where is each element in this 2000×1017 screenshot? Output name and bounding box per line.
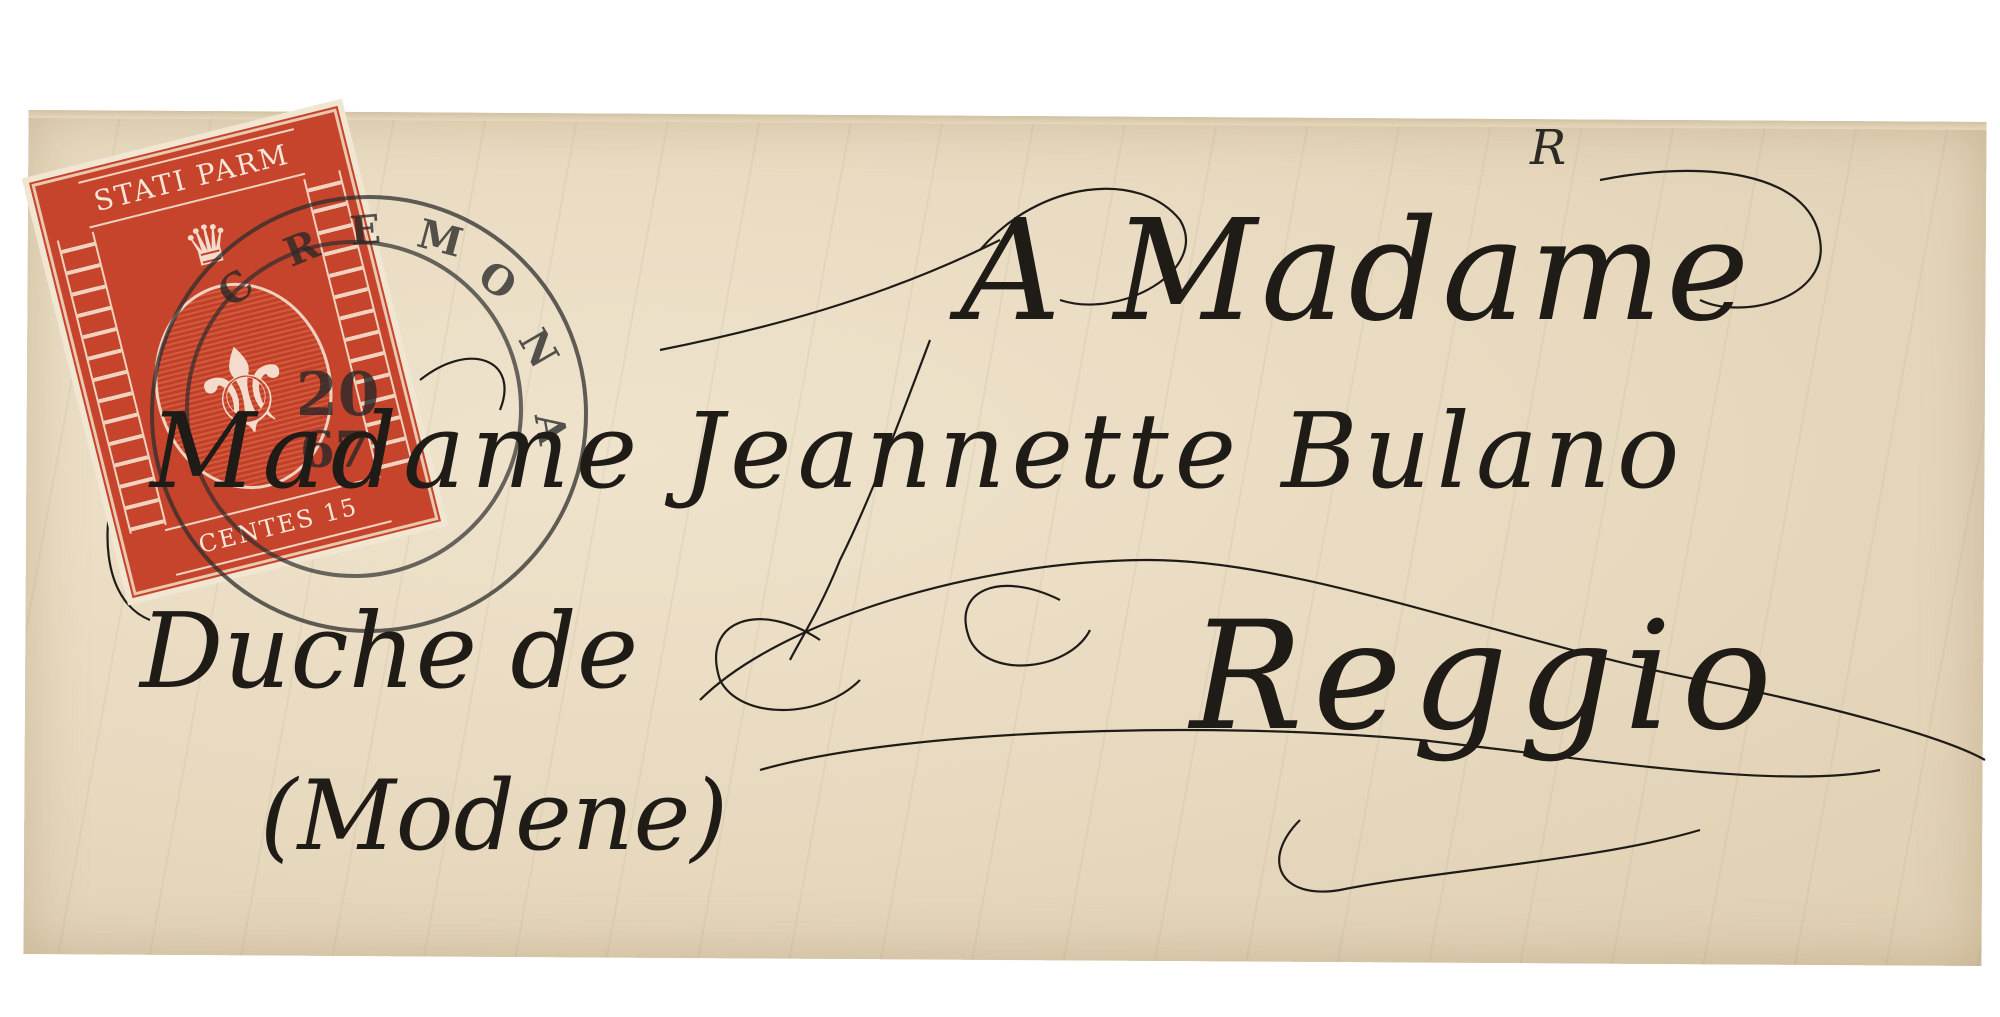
address-duchy: Duche de [140, 590, 638, 712]
address-salutation: A Madame [960, 190, 1753, 353]
address-recipient-name: Madame Jeannette Bulano [150, 390, 1686, 512]
postmark-letter: E [348, 206, 382, 255]
postmark-letter: O [470, 251, 526, 309]
postmark-letter: R [277, 220, 325, 276]
registration-mark: R [1530, 120, 1566, 176]
address-region: (Modene) [260, 760, 728, 872]
postmark-letter: N [509, 321, 568, 376]
postmark-letter: M [413, 210, 468, 267]
address-city: Reggio [1190, 590, 1782, 764]
postmark-letter: C [209, 260, 264, 316]
